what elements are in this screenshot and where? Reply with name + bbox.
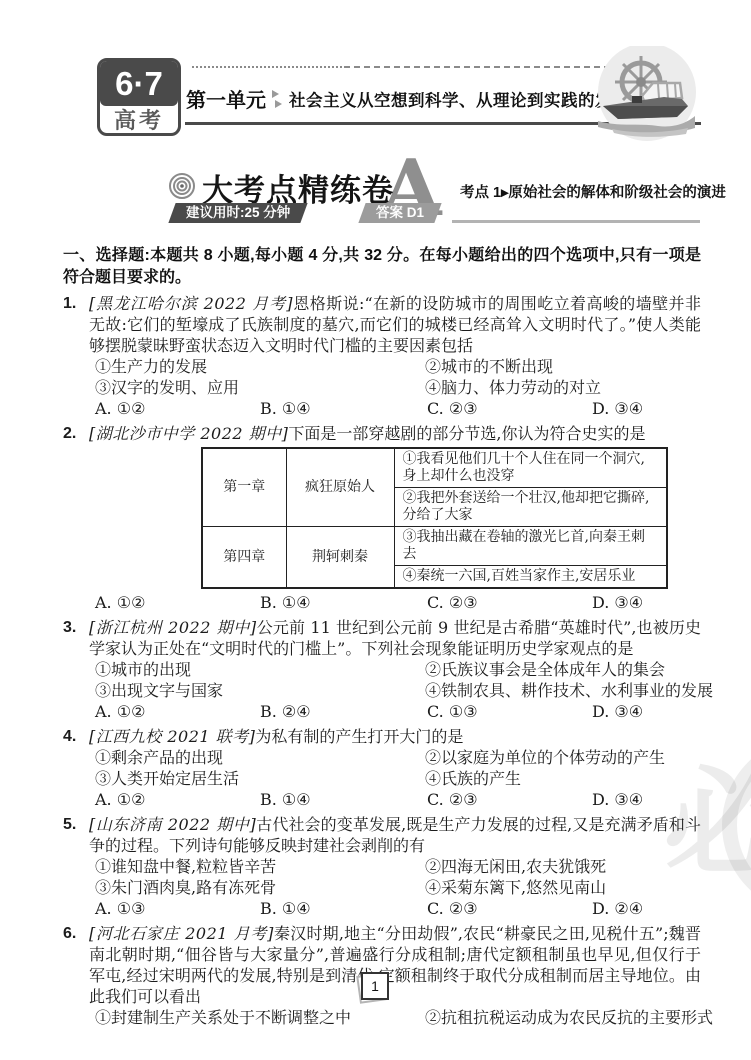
section-intro: 一、选择题:本题共 8 小题,每小题 4 分,共 32 分。在每小题给出的四个选… — [63, 245, 701, 289]
question-source: [黑龙江哈尔滨 2022 月考] — [89, 294, 293, 313]
choice-a: A. ①③ — [95, 898, 260, 919]
choice-a: A. ①② — [95, 701, 260, 722]
boat-illustration — [590, 46, 704, 142]
option-items: ①剩余产品的出现 ②以家庭为单位的个体劳动的产生 ③人类开始定居生活 ④氏族的产… — [89, 747, 701, 789]
option-item-4: ④脑力、体力劳动的对立 — [425, 377, 701, 398]
option-item-2: ②城市的不断出现 — [425, 356, 701, 377]
question-stem: [山东济南 2022 期中]古代社会的变革发展,既是生产力发展的过程,又是充满矛… — [89, 814, 701, 856]
table-row: 第四章 荆轲刺秦 ③我抽出藏在卷轴的激光匕首,向秦王刺去 — [202, 527, 667, 566]
table-row: 第一章 疯狂原始人 ①我看见他们几十个人住在同一个洞穴,身上却什么也没穿 — [202, 448, 667, 488]
answer-choices: A. ①③ B. ①④ C. ②③ D. ②④ — [89, 898, 701, 919]
table-cell-title: 荆轲刺秦 — [286, 527, 394, 589]
option-item-4: ④铁制农具、耕作技术、水利事业的发展 — [425, 680, 713, 701]
option-item-4: ④采菊东篱下,悠然见南山 — [425, 877, 701, 898]
answer-choices: A. ①② B. ①④ C. ②③ D. ③④ — [89, 789, 701, 810]
option-item-1: ①剩余产品的出现 — [95, 747, 425, 768]
question-number: 5. — [63, 814, 76, 835]
question-source: [山东济南 2022 期中] — [89, 815, 256, 834]
option-item-2: ②抗租抗税运动成为农民反抗的主要形式 — [425, 1007, 713, 1028]
question-source: [浙江杭州 2022 期中] — [89, 618, 257, 637]
choice-c: C. ②③ — [427, 898, 592, 919]
page-number-value: 1 — [361, 972, 389, 1000]
choice-c: C. ②③ — [427, 592, 592, 613]
header-dotted-rule — [192, 66, 342, 68]
exam-page: 必刷 6·7 高考 第一单元 社会主义从空想到科学、从理论到实践的发展 — [0, 0, 751, 1060]
table-cell-title: 疯狂原始人 — [286, 448, 394, 527]
question-stem-text: 为私有制的产生打开大门的是 — [255, 727, 463, 746]
answer-choices: A. ①② B. ①④ C. ②③ D. ③④ — [89, 592, 701, 613]
question-number: 3. — [63, 617, 76, 638]
choice-d: D. ③④ — [592, 592, 701, 613]
question-number: 4. — [63, 726, 76, 747]
option-item-3: ③出现文字与国家 — [95, 680, 425, 701]
choice-c: C. ①③ — [427, 701, 592, 722]
choice-a: A. ①② — [95, 789, 260, 810]
question-source: [江西九校 2021 联考] — [89, 727, 255, 746]
option-item-4: ④氏族的产生 — [425, 768, 701, 789]
option-items: ①城市的出现 ②氏族议事会是全体成年人的集会 ③出现文字与国家 ④铁制农具、耕作… — [89, 659, 701, 701]
unit-title: 社会主义从空想到科学、从理论到实践的发展 — [289, 87, 629, 111]
option-item-1: ①封建制生产关系处于不断调整之中 — [95, 1007, 425, 1028]
choice-d: D. ③④ — [592, 789, 701, 810]
answer-choices: A. ①② B. ②④ C. ①③ D. ③④ — [89, 701, 701, 722]
brand-logo-number: 6·7 — [100, 61, 178, 106]
choice-d: D. ②④ — [592, 898, 701, 919]
banner-rule — [452, 220, 700, 223]
choice-b: B. ①④ — [260, 898, 427, 919]
option-items: ①谁知盘中餐,粒粒皆辛苦 ②四海无闲田,农夫犹饿死 ③朱门酒肉臭,路有冻死骨 ④… — [89, 856, 701, 898]
answer-location-badge: 答案 D1 — [358, 203, 441, 223]
drama-excerpt-table: 第一章 疯狂原始人 ①我看见他们几十个人住在同一个洞穴,身上却什么也没穿 ②我把… — [201, 447, 668, 589]
choice-c: C. ②③ — [427, 398, 592, 419]
paper-topic: 考点 1▸原始社会的解体和阶级社会的演进 — [460, 181, 726, 202]
choice-b: B. ①④ — [260, 592, 427, 613]
question-2: 2. [湖北沙市中学 2022 期中]下面是一部穿越剧的部分节选,你认为符合史实… — [63, 423, 701, 613]
option-item-2: ②氏族议事会是全体成年人的集会 — [425, 659, 713, 680]
choice-d: D. ③④ — [592, 701, 701, 722]
choice-d: D. ③④ — [592, 398, 701, 419]
choice-b: B. ②④ — [260, 701, 427, 722]
option-item-2: ②四海无闲田,农夫犹饿死 — [425, 856, 701, 877]
table-cell-line: ②我把外套送给一个壮汉,他却把它撕碎,分给了大家 — [394, 488, 667, 527]
question-stem: [湖北沙市中学 2022 期中]下面是一部穿越剧的部分节选,你认为符合史实的是 — [89, 423, 701, 444]
question-stem: [浙江杭州 2022 期中]公元前 11 世纪到公元前 9 世纪是古希腊“英雄时… — [89, 617, 701, 659]
question-3: 3. [浙江杭州 2022 期中]公元前 11 世纪到公元前 9 世纪是古希腊“… — [63, 617, 701, 722]
question-source: [河北石家庄 2021 月考] — [89, 924, 274, 943]
option-item-3: ③人类开始定居生活 — [95, 768, 425, 789]
question-area: 一、选择题:本题共 8 小题,每小题 4 分,共 32 分。在每小题给出的四个选… — [63, 245, 701, 1028]
option-item-1: ①生产力的发展 — [95, 356, 425, 377]
brand-logo-label: 高考 — [100, 106, 178, 136]
table-cell-line: ④秦统一六国,百姓当家作主,安居乐业 — [394, 566, 667, 589]
page-number: 1 — [361, 972, 391, 1002]
question-stem: [黑龙江哈尔滨 2022 月考]恩格斯说:“在新的设防城市的周围屹立着高峻的墙壁… — [89, 293, 701, 356]
boat-icon — [590, 46, 704, 142]
bullseye-icon — [168, 172, 196, 204]
table-cell-chapter: 第一章 — [202, 448, 286, 527]
option-item-3: ③朱门酒肉臭,路有冻死骨 — [95, 877, 425, 898]
table-cell-line: ③我抽出藏在卷轴的激光匕首,向秦王刺去 — [394, 527, 667, 566]
option-items: ①生产力的发展 ②城市的不断出现 ③汉字的发明、应用 ④脑力、体力劳动的对立 — [89, 356, 701, 398]
question-stem: [江西九校 2021 联考]为私有制的产生打开大门的是 — [89, 726, 701, 747]
unit-label: 第一单元 — [186, 84, 266, 113]
option-item-1: ①谁知盘中餐,粒粒皆辛苦 — [95, 856, 425, 877]
choice-a: A. ①② — [95, 398, 260, 419]
question-number: 2. — [63, 423, 76, 444]
question-4: 4. [江西九校 2021 联考]为私有制的产生打开大门的是 ①剩余产品的出现 … — [63, 726, 701, 810]
question-source: [湖北沙市中学 2022 期中] — [89, 424, 288, 443]
unit-header: 第一单元 社会主义从空想到科学、从理论到实践的发展 — [186, 84, 656, 113]
question-5: 5. [山东济南 2022 期中]古代社会的变革发展,既是生产力发展的过程,又是… — [63, 814, 701, 919]
choice-c: C. ②③ — [427, 789, 592, 810]
option-item-2: ②以家庭为单位的个体劳动的产生 — [425, 747, 701, 768]
question-number: 1. — [63, 293, 76, 314]
answer-choices: A. ①② B. ①④ C. ②③ D. ③④ — [89, 398, 701, 419]
option-items: ①封建制生产关系处于不断调整之中 ②抗租抗税运动成为农民反抗的主要形式 — [89, 1007, 701, 1028]
arrow-icon — [272, 90, 282, 108]
question-stem-text: 下面是一部穿越剧的部分节选,你认为符合史实的是 — [288, 424, 645, 443]
suggested-time-badge: 建议用时:25 分钟 — [168, 203, 308, 223]
question-stem: [河北石家庄 2021 月考]秦汉时期,地主“分田劫假”,农民“耕豪民之田,见税… — [89, 923, 701, 1007]
choice-b: B. ①④ — [260, 398, 427, 419]
choice-b: B. ①④ — [260, 789, 427, 810]
choice-a: A. ①② — [95, 592, 260, 613]
brand-logo: 6·7 高考 — [97, 58, 181, 136]
option-item-1: ①城市的出现 — [95, 659, 425, 680]
option-item-3: ③汉字的发明、应用 — [95, 377, 425, 398]
question-1: 1. [黑龙江哈尔滨 2022 月考]恩格斯说:“在新的设防城市的周围屹立着高峻… — [63, 293, 701, 419]
table-cell-chapter: 第四章 — [202, 527, 286, 589]
table-cell-line: ①我看见他们几十个人住在同一个洞穴,身上却什么也没穿 — [394, 448, 667, 488]
question-number: 6. — [63, 923, 76, 944]
